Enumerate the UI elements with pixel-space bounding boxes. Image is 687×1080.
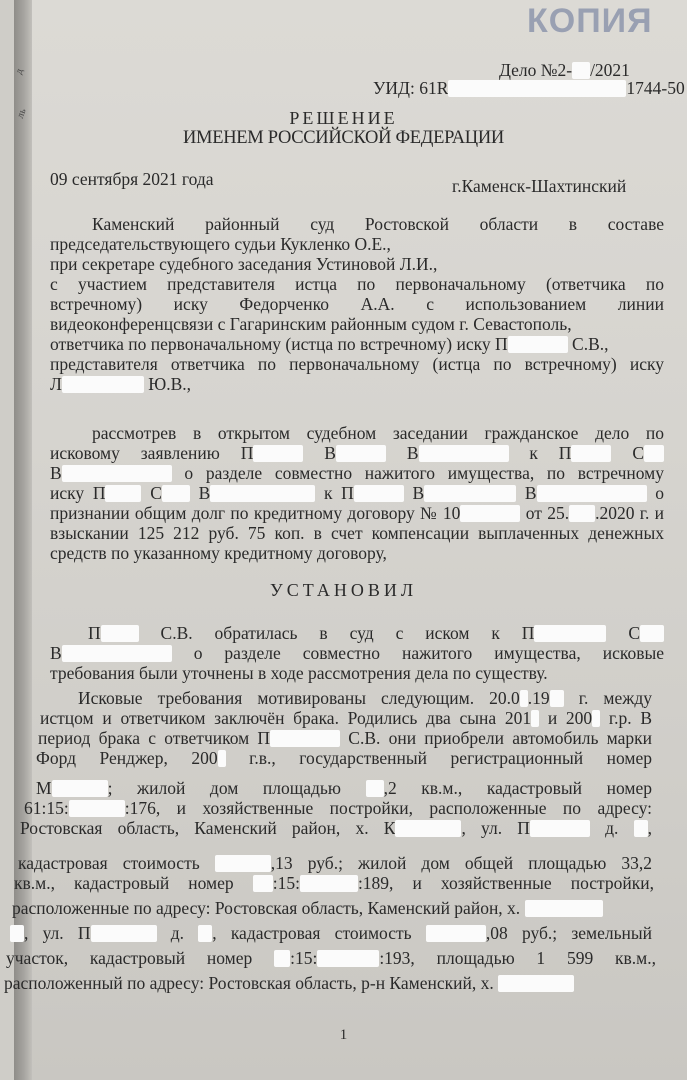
considered-line: исковому заявлению П В В к П С: [50, 443, 664, 463]
redaction: [426, 925, 486, 942]
intro-line: видеоконференцсвязи с Гагаринским районн…: [50, 314, 664, 334]
text-fragment: Л: [50, 374, 62, 394]
text-fragment: В: [50, 643, 62, 663]
redaction: [508, 336, 568, 353]
redaction: [105, 485, 141, 502]
text-fragment: Ю.В.,: [148, 374, 191, 394]
redaction: [101, 625, 139, 642]
redaction: [537, 485, 647, 502]
redaction: [498, 975, 574, 992]
redaction: [448, 80, 626, 97]
text-fragment: кадастровая стоимость: [18, 853, 200, 873]
text-fragment: С: [632, 443, 644, 463]
intro-line: ответчика по первоначальному (истца по в…: [50, 334, 664, 354]
body-line: М; жилой дом площадью ,2 кв.м., кадастро…: [36, 778, 652, 798]
text-fragment: период брака с ответчиком П: [38, 728, 270, 748]
redaction: [274, 950, 290, 967]
unique-id: УИД: 61R1744-50: [373, 78, 685, 98]
text-fragment: 61:15:: [24, 798, 69, 818]
redaction: [419, 445, 509, 462]
redaction: [592, 710, 600, 727]
redaction: [198, 925, 212, 942]
text-fragment: С.В.,: [572, 334, 608, 354]
considered-line: рассмотрев в открытом судебном заседании…: [92, 423, 664, 443]
case-number-prefix: Дело №2-: [499, 60, 572, 80]
text-fragment: расположенный по адресу: Ростовская обла…: [4, 973, 494, 993]
binding-mark: д: [14, 67, 26, 76]
text-fragment: г. между: [579, 688, 652, 708]
text-fragment: ; жилой дом площадью: [108, 778, 341, 798]
text-fragment: , ул. П: [24, 923, 91, 943]
text-fragment: г.р. В: [609, 708, 652, 728]
text-fragment: С.В. обратилась в суд с иском к П: [161, 623, 535, 643]
text-fragment: В: [324, 443, 336, 463]
text-fragment: о разделе совместно нажитого имущества, …: [194, 643, 664, 663]
redaction: [253, 445, 303, 462]
decision-date: 09 сентября 2021 года: [50, 169, 214, 189]
redaction: [550, 690, 564, 707]
text-fragment: М: [36, 778, 52, 798]
text-fragment: к П: [324, 483, 354, 503]
text-fragment: о разделе совместно нажитого имущества, …: [184, 463, 664, 483]
redaction: [215, 855, 271, 872]
text-fragment: и 200: [548, 708, 592, 728]
text-fragment: .2020 г. и: [595, 503, 664, 523]
text-fragment: ,13 руб.; жилой дом общей площадью 33,2: [271, 853, 652, 873]
body-line: расположенные по адресу: Ростовская обла…: [12, 898, 682, 918]
redaction: [317, 950, 379, 967]
text-fragment: :176, и хозяйственные постройки, располо…: [125, 798, 652, 818]
text-fragment: д.: [605, 818, 618, 838]
body-line: участок, кадастровый номер :15::193, пло…: [6, 948, 656, 968]
redaction: [62, 376, 144, 393]
considered-line: взыскании 125 212 руб. 75 коп. в счет ко…: [50, 523, 664, 543]
redaction: [253, 875, 273, 892]
uid-suffix: 1744-50: [626, 78, 684, 98]
uid-prefix: УИД: 61R: [373, 78, 448, 98]
redaction: [336, 445, 386, 462]
page-binding-shadow: д ль: [14, 0, 32, 1080]
redaction: [644, 445, 664, 462]
redaction: [569, 505, 595, 522]
text-fragment: Ростовская область, Каменский район, х. …: [20, 818, 395, 838]
text-fragment: В: [50, 463, 62, 483]
intro-line: при секретаре судебного заседания Устино…: [50, 254, 664, 274]
redaction: [10, 925, 24, 942]
decision-city: г.Каменск-Шахтинский: [452, 176, 626, 196]
redaction: [640, 625, 664, 642]
redaction: [571, 445, 611, 462]
considered-line: признании общим долг по кредитному догов…: [50, 503, 664, 523]
section-title: УСТАНОВИЛ: [0, 580, 687, 601]
text-fragment: Форд Ренджер, 200: [36, 748, 218, 768]
intro-line: встречному) иску Федорченко А.А. с испол…: [50, 294, 664, 314]
text-fragment: :15:: [290, 948, 317, 968]
case-number-suffix: /2021: [590, 60, 630, 80]
redaction: [62, 645, 172, 662]
body-line: Форд Ренджер, 200 г.в., государственный …: [36, 748, 652, 768]
text-fragment: г.в., государственный регистрационный но…: [249, 748, 652, 768]
case-number: Дело №2-/2021: [499, 60, 630, 80]
redaction: [531, 710, 539, 727]
intro-line: председательствующего судьи Кукленко О.Е…: [50, 234, 664, 254]
text-fragment: ответчика по первоначальному (истца по в…: [50, 334, 508, 354]
redaction: [572, 62, 590, 79]
text-fragment: исковому заявлению П: [50, 443, 253, 463]
considered-line: иску П С В к П В В о: [50, 483, 664, 503]
text-fragment: от 25.: [526, 503, 569, 523]
text-fragment: истцом и ответчиком заключён брака. Роди…: [40, 708, 531, 728]
text-fragment: В: [413, 483, 425, 503]
redaction: [69, 800, 125, 817]
text-fragment: .19: [528, 688, 550, 708]
redaction: [62, 465, 172, 482]
redaction: [366, 780, 384, 797]
redaction: [534, 625, 606, 642]
text-fragment: :15:: [273, 873, 300, 893]
redaction: [520, 690, 528, 707]
text-fragment: В: [199, 483, 211, 503]
redaction: [210, 485, 315, 502]
redaction: [218, 750, 226, 767]
considered-line: В о разделе совместно нажитого имущества…: [50, 463, 664, 483]
body-line: П С.В. обратилась в суд с иском к П С: [88, 623, 664, 643]
redaction: [162, 485, 190, 502]
body-line: требования были уточнены в ходе рассмотр…: [50, 663, 664, 683]
text-fragment: , ул. П: [461, 818, 530, 838]
intro-line: Каменский районный суд Ростовской област…: [92, 214, 664, 234]
intro-line: представителя ответчика по первоначально…: [50, 354, 664, 374]
redaction: [424, 485, 516, 502]
body-line: Исковые требования мотивированы следующи…: [78, 688, 652, 708]
document-title: РЕШЕНИЕ: [0, 108, 687, 128]
document-subtitle: ИМЕНЕМ РОССИЙСКОЙ ФЕДЕРАЦИИ: [0, 128, 687, 148]
redaction: [270, 730, 340, 747]
text-fragment: В: [525, 483, 537, 503]
body-line: истцом и ответчиком заключён брака. Роди…: [40, 708, 652, 728]
text-fragment: С.В. они приобрели автомобиль марки: [348, 728, 652, 748]
body-line: расположенный по адресу: Ростовская обла…: [4, 973, 684, 993]
text-fragment: Исковые требования мотивированы следующи…: [78, 688, 520, 708]
text-fragment: , кадастровая стоимость: [212, 923, 411, 943]
text-fragment: признании общим долг по кредитному догов…: [50, 503, 460, 523]
intro-line: Л Ю.В.,: [50, 374, 664, 394]
text-fragment: С: [628, 623, 640, 643]
text-fragment: В: [407, 443, 419, 463]
redaction: [460, 505, 520, 522]
redaction: [395, 820, 461, 837]
text-fragment: :189, и хозяйственные постройки,: [358, 873, 654, 893]
redaction: [300, 875, 358, 892]
body-line: период брака с ответчиком П С.В. они при…: [38, 728, 652, 748]
text-fragment: иску П: [50, 483, 105, 503]
body-line: кадастровая стоимость ,13 руб.; жилой до…: [18, 853, 652, 873]
text-fragment: ,2 кв.м., кадастровый номер: [384, 778, 652, 798]
text-fragment: :193, площадью 1 599 кв.м.,: [379, 948, 656, 968]
text-fragment: расположенные по адресу: Ростовская обла…: [12, 898, 520, 918]
redaction: [354, 485, 404, 502]
body-line: Ростовская область, Каменский район, х. …: [20, 818, 652, 838]
text-fragment: ,08 руб.; земельный: [486, 923, 652, 943]
text-fragment: кв.м., кадастровый номер: [14, 873, 234, 893]
copy-stamp: КОПИЯ: [527, 2, 653, 41]
redaction: [52, 780, 108, 797]
body-line: , ул. П д. , кадастровая стоимость ,08 р…: [10, 923, 652, 943]
text-fragment: ,: [648, 818, 652, 838]
body-line: кв.м., кадастровый номер :15::189, и хоз…: [14, 873, 654, 893]
redaction: [91, 925, 157, 942]
redaction: [530, 820, 590, 837]
body-line: В о разделе совместно нажитого имущества…: [50, 643, 664, 663]
text-fragment: о: [655, 483, 664, 503]
text-fragment: д.: [171, 923, 184, 943]
page-number: 1: [0, 1027, 687, 1044]
considered-line: средств по указанному кредитному договор…: [50, 543, 664, 563]
body-line: 61:15::176, и хозяйственные постройки, р…: [24, 798, 652, 818]
text-fragment: участок, кадастровый номер: [6, 948, 252, 968]
text-fragment: П: [88, 623, 101, 643]
redaction: [525, 900, 603, 917]
text-fragment: С: [150, 483, 162, 503]
intro-line: с участием представителя истца по первон…: [50, 274, 664, 294]
redaction: [634, 820, 648, 837]
text-fragment: к П: [529, 443, 571, 463]
